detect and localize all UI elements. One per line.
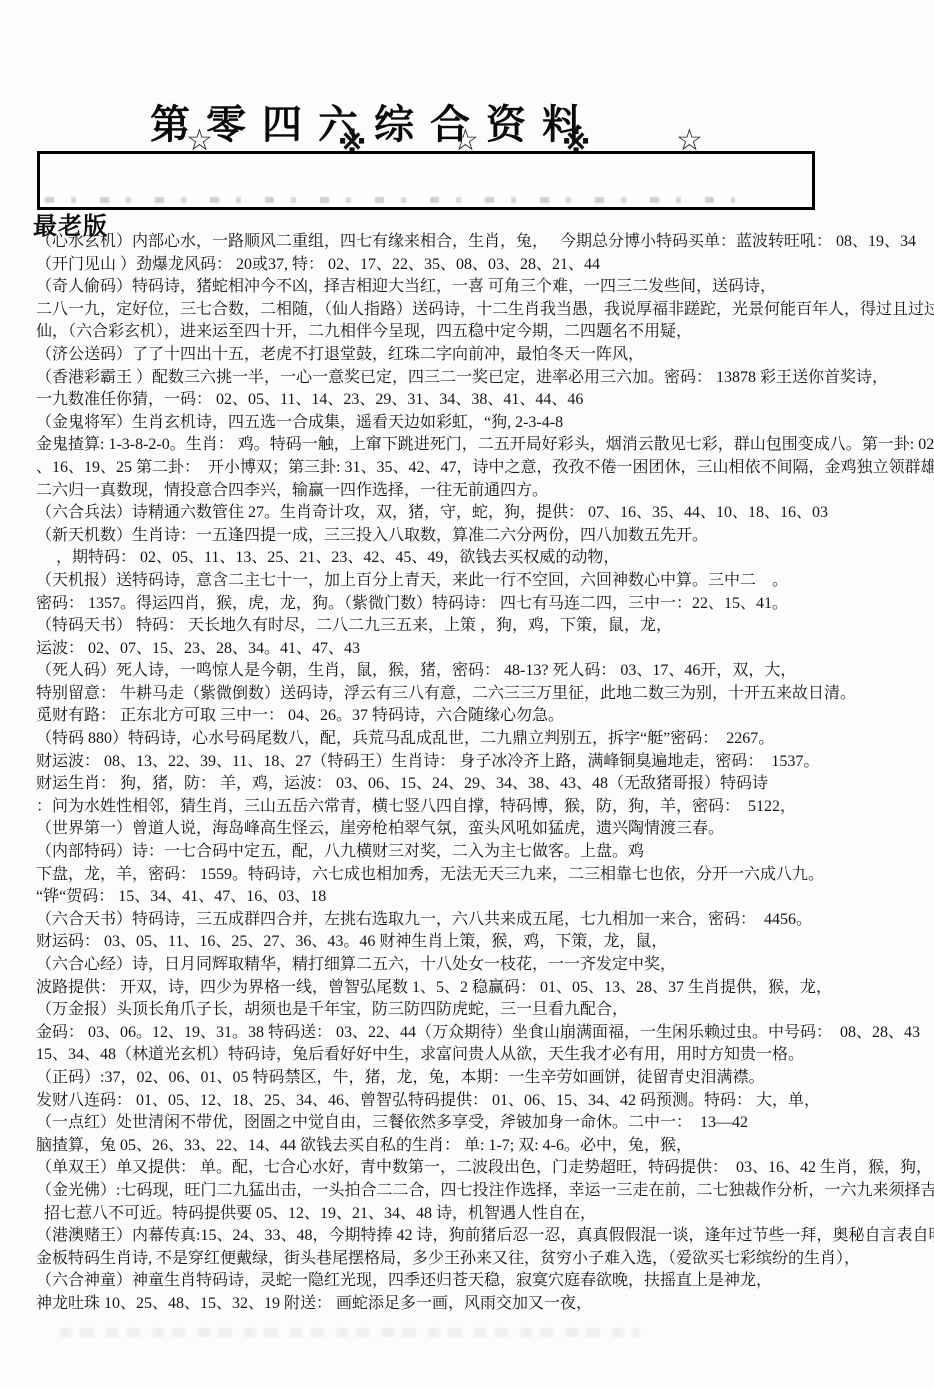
text-line: 脑揸算，兔 05、26、33、22、14、44 欲钱去买自私的生肖： 单: 1-…	[0, 1135, 934, 1158]
text-line: 金码： 03、06。12、19、31。38 特码送： 03、22、44（万众期待…	[0, 1022, 934, 1045]
page-title: 第零四六综合资料	[150, 93, 598, 150]
text-line: 财运码： 03、05、11、16、25、27、36、43。46 财神生肖上策，猴…	[0, 931, 934, 954]
text-line: （开门见山 ）劲爆龙风码： 20或37, 特： 02、17、22、35、08、0…	[0, 254, 934, 277]
text-line: 神龙吐珠 10、25、48、15、32、19 附送： 画蛇添足多一画，风雨交加又…	[0, 1293, 934, 1316]
text-line: （万金报）头顶长角爪子长，胡须也是千年宝，防三防四防虎蛇，三一旦看九配合，	[0, 999, 934, 1022]
scanned-lottery-sheet: 第零四六综合资料 ☆ ※ ☆ ※ ☆ 最老版 （心水玄机）内部心水，一路顺风二重…	[0, 0, 934, 1388]
text-line: （金光佛）:七码现，旺门二九猛出击，一头拍合二二合，四七投注作选择，幸运一三走在…	[0, 1180, 934, 1203]
text-line: 特别留意： 牛耕马走（紫微倒数）送码诗，浮云有三八有意，二六三三万里征，此地二数…	[0, 683, 934, 706]
text-line: 金鬼揸算: 1-3-8-2-0。生肖： 鸡。特码一触，上窜下跳进死门，二五开局好…	[0, 434, 934, 457]
text-line: 密码： 1357。得运四肖，猴，虎，龙，狗。（紫微门数）特码诗： 四七有马连二四…	[0, 593, 934, 616]
text-line: 财运生肖： 狗，猪，防： 羊，鸡，运波： 03、06、15、24、29、34、3…	[0, 773, 934, 796]
text-line: 二六归一真数现，情投意合四李兴，输赢一四作选择，一往无前通四方。	[0, 480, 934, 503]
text-line: （死人码）死人诗，一鸣惊人是今朝，生肖，鼠，猴，猪，密码： 48-13? 死人码…	[0, 660, 934, 683]
body-text: （心水玄机）内部心水，一路顺风二重组，四七有缘来相合，生肖，兔， 今期总分博小特…	[0, 231, 934, 1316]
text-line: 、16、19、25 第二卦： 开小博双；第三卦: 31、35、42、47，诗中之…	[0, 457, 934, 480]
text-line: 仙，（六合彩玄机），进来运至四十开，二九相伴今呈现，四五稳中定今期，二四题名不用…	[0, 321, 934, 344]
text-line: （新天机数）生肖诗：一五逢四提一成，三三投入八取数，算准二六分两份，四八加数五先…	[0, 525, 934, 548]
text-line: （香港彩霸王 ）配数三六挑一半，一心一意奖已定，四三二一奖已定，进率必用三六加。…	[0, 367, 934, 390]
text-line: （心水玄机）内部心水，一路顺风二重组，四七有缘来相合，生肖，兔， 今期总分博小特…	[0, 231, 934, 254]
text-line: （特码天书） 特码： 天长地久有时尽，二八二九三五来，上策 ，狗，鸡，下策，鼠，…	[0, 615, 934, 638]
text-line: ，期特码： 02、05、11、13、25、21、23、42、45、49，欲钱去买…	[0, 547, 934, 570]
text-line: （金鬼将军）生肖玄机诗，四五选一合成集，遥看天边如彩虹，“狗, 2-3-4-8	[0, 412, 934, 435]
text-line: ：问为水姓性相邻，猜生肖，三山五岳六常青，横七竖八四自撑，特码博，猴，防，狗，羊…	[0, 796, 934, 819]
text-line: （六合心经）诗，日月同辉取精华，精打细算二五六，十八处女一枝花，一一齐发定中奖，	[0, 954, 934, 977]
text-line: “铧“贺码： 15、34、41、47、16、03、18	[0, 886, 934, 909]
text-line: 15、34、48（林道光玄机）特码诗，兔后看好好中生，求富问贵人从欲，天生我才必…	[0, 1044, 934, 1067]
text-line: （一点红）处世清闲不带优，囹圄之中觉自由，三餐依然多享受，斧铍加身一命休。二中一…	[0, 1112, 934, 1135]
text-line: 金板特码生肖诗, 不是穿红便戴绿，街头巷尾摆格局，多少王孙来又往，贫穷小子难入选…	[0, 1248, 934, 1271]
text-line: （济公送码）了了十四出十五，老虎不打退堂鼓，红珠二字向前冲，最怕冬天一阵风，	[0, 344, 934, 367]
text-line: （世界第一）曾道人说，海岛峰高生怪云，崖旁枪柏翠气氛，蛮头风吼如猛虎，遗兴陶情渡…	[0, 818, 934, 841]
text-line: 二八一九，定好位，三七合数，二相随，（仙人指路）送码诗，十二生肖我当愚，我说厚福…	[0, 299, 934, 322]
text-line: 下盘，龙，羊，密码： 1559。特码诗，六七成也相加秀，无法无天三九来，二三相靠…	[0, 864, 934, 887]
text-line: 招七惹八不可近。特码提供要 05、12、19、21、34、48 诗，机智遇人性自…	[0, 1203, 934, 1226]
text-line: （正码）:37，02、06、01、05 特码禁区，牛，猪，龙，兔，本期：一生辛劳…	[0, 1067, 934, 1090]
scan-smudge-artifact	[45, 197, 735, 203]
scan-ghost-line-artifact	[60, 1328, 640, 1337]
text-line: （港澳赌王）内幕传真:15、24、33、48，今期特捧 42 诗，狗前猪后忍一忍…	[0, 1225, 934, 1248]
text-line: （天机报）送特码诗，意含二主七十一，加上百分上青天，来此一行不空回，六回神数心中…	[0, 570, 934, 593]
text-line: （奇人偷码）特码诗，猪蛇相冲今不凶，择吉相迎大当红，一喜 可角三个难，一四三二发…	[0, 276, 934, 299]
text-line: （六合神童）神童生肖特码诗，灵蛇一隐红光现，四季还归苍天稳，寂寞穴庭春欲晚，扶摇…	[0, 1270, 934, 1293]
text-line: 波路提供： 开双，诗，四少为界格一线，曾智弘尾数 1、5、2 稳赢码： 01、0…	[0, 977, 934, 1000]
text-line: （六合天书）特码诗，三五成群四合并，左挑右选取九一，六八共来成五尾，七九相加一来…	[0, 909, 934, 932]
text-line: （六合兵法）诗精通六数管住 27。生肖奇计攻，双，猪，守，蛇，狗，提供： 07、…	[0, 502, 934, 525]
text-line: 财运波： 08、13、22、39、11、18、27（特码王）生肖诗： 身子冰冷齐…	[0, 751, 934, 774]
text-line: 运波： 02、07、15、23、28、34。41、47、43	[0, 638, 934, 661]
text-line: 觅财有路： 正东北方可取 三中一： 04、26。37 特码诗，六合随缘心勿急。	[0, 705, 934, 728]
text-line: （单双王）单又提供： 单。配，七合心水好，青中数第一，二波段出色，门走势超旺，特…	[0, 1157, 934, 1180]
text-line: 发财八连码： 01、05、12、18、25、34、46、曾智弘特码提供： 01、…	[0, 1090, 934, 1113]
text-line: 一九数准任你猜，一码： 02、05、11、14、23、29、31、34、38、4…	[0, 389, 934, 412]
text-line: （特码 880）特码诗，心水号码尾数八，配，兵荒马乱成乱世，二九鼎立判别五，拆字…	[0, 728, 934, 751]
text-line: （内部特码）诗：一七合码中定五，配，八九横财三对奖，二入为主七做客。上盘。鸡	[0, 841, 934, 864]
